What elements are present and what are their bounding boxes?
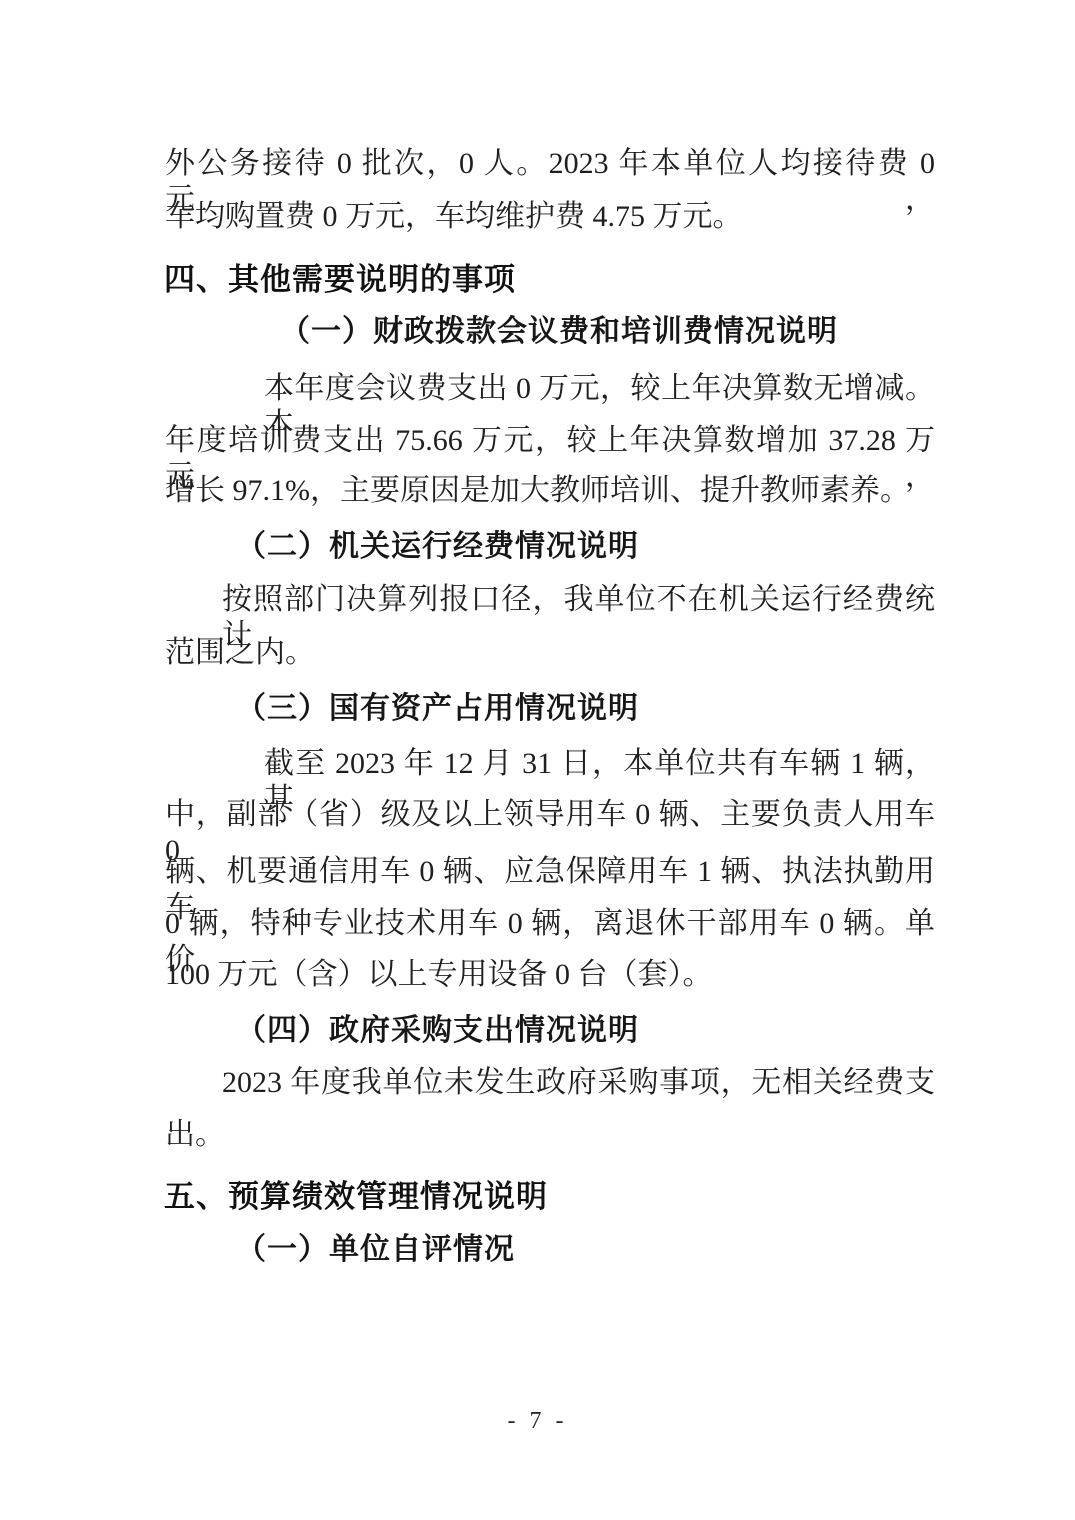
subsection-heading-4-3: （三）国有资产占用情况说明 xyxy=(236,691,1006,727)
subsection-heading-5-1: （一）单位自评情况 xyxy=(236,1232,1006,1268)
section-heading-5: 五、预算绩效管理情况说明 xyxy=(164,1179,934,1215)
subsection-heading-4-1: （一）财政拨款会议费和培训费情况说明 xyxy=(280,314,1050,350)
paragraph-line: 2023 年度我单位未发生政府采购事项，无相关经费支 xyxy=(222,1065,935,1101)
subsection-heading-4-4: （四）政府采购支出情况说明 xyxy=(236,1013,1006,1049)
page-number: - 7 - xyxy=(0,1408,1075,1435)
paragraph-line: 出。 xyxy=(165,1117,935,1153)
paragraph-line: 范围之内。 xyxy=(165,635,935,671)
paragraph-line: 车均购置费 0 万元，车均维护费 4.75 万元。 xyxy=(165,199,935,235)
section-heading-4: 四、其他需要说明的事项 xyxy=(164,262,934,298)
subsection-heading-4-2: （二）机关运行经费情况说明 xyxy=(236,529,1006,565)
paragraph-line: 100 万元（含）以上专用设备 0 台（套）。 xyxy=(165,957,935,993)
document-page: 外公务接待 0 批次，0 人。2023 年本单位人均接待费 0 元， 车均购置费… xyxy=(0,0,1075,1520)
paragraph-line: 增长 97.1%，主要原因是加大教师培训、提升教师素养。 xyxy=(165,473,935,509)
